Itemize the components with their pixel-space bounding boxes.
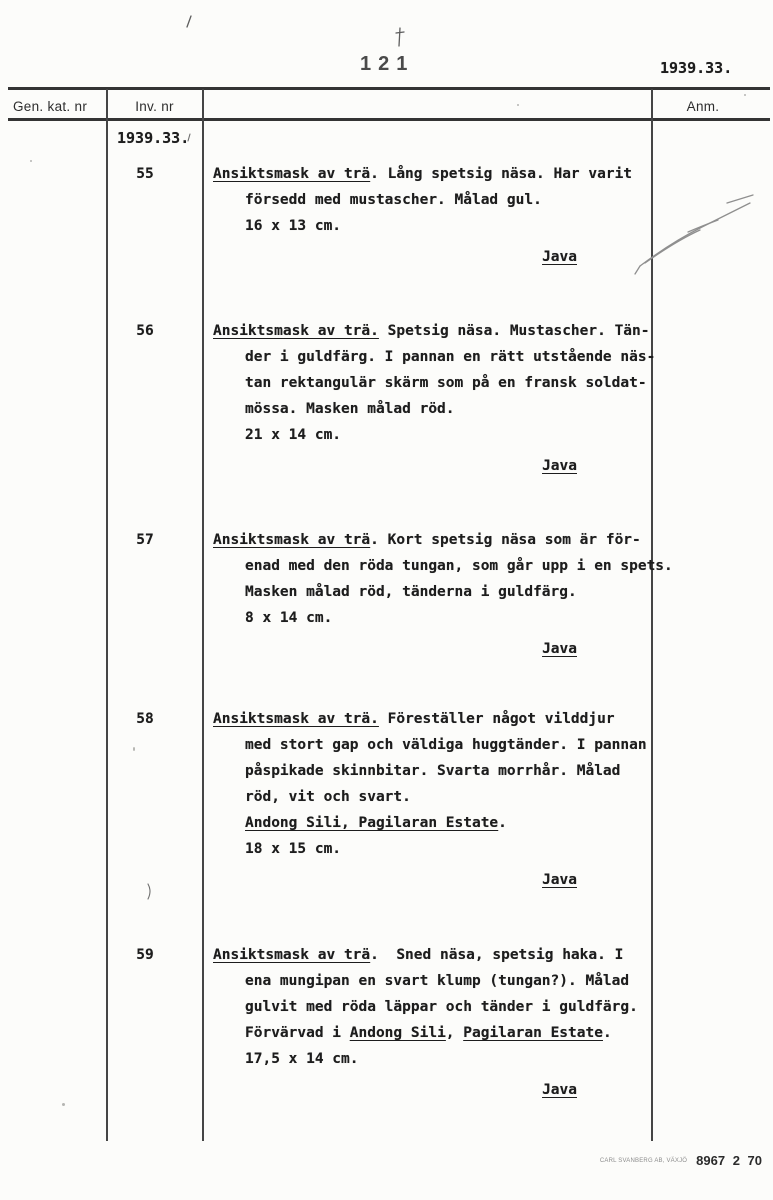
scan-speck bbox=[517, 104, 519, 106]
entry-text-line: ena mungipan en svart klump (tungan?). M… bbox=[213, 968, 675, 994]
entry-text-line: Ansiktsmask av trä. Spetsig näsa. Mustas… bbox=[213, 318, 675, 344]
scan-speck bbox=[62, 1103, 65, 1106]
catalog-entry-58: 58Ansiktsmask av trä. Föreställer något … bbox=[213, 706, 675, 893]
entry-text-line: Ansiktsmask av trä. Kort spetsig näsa so… bbox=[213, 527, 675, 553]
entry-text-line: 18 x 15 cm. bbox=[213, 836, 675, 862]
catalog-entry-56: 56Ansiktsmask av trä. Spetsig näsa. Must… bbox=[213, 318, 675, 479]
entry-text-line: mössa. Masken målad röd. bbox=[213, 396, 675, 422]
entry-text-line: Ansiktsmask av trä. Föreställer något vi… bbox=[213, 706, 675, 732]
catalog-page: 121 1939.33. Gen. kat. nr Inv. nr Anm. 1… bbox=[0, 0, 773, 1200]
inventory-number: 56 bbox=[107, 318, 183, 344]
scan-speck bbox=[744, 94, 746, 96]
entry-text-line: gulvit med röda läppar och tänder i guld… bbox=[213, 994, 675, 1020]
catalog-entry-59: 59Ansiktsmask av trä. Sned näsa, spetsig… bbox=[213, 942, 675, 1103]
entry-text-line: försedd med mustascher. Målad gul. bbox=[213, 187, 675, 213]
entry-description: Ansiktsmask av trä. Lång spetsig näsa. H… bbox=[213, 161, 675, 270]
scan-speck bbox=[133, 747, 135, 751]
entry-text-line: Ansiktsmask av trä. Lång spetsig näsa. H… bbox=[213, 161, 675, 187]
printer-name: CARL SVANBERG AB, VÄXJÖ bbox=[600, 1158, 687, 1164]
entry-description: Ansiktsmask av trä. Kort spetsig näsa so… bbox=[213, 527, 675, 662]
print-code: 8967 2 70 bbox=[696, 1153, 762, 1168]
origin-line: Java bbox=[213, 1077, 577, 1103]
origin-label: Java bbox=[542, 249, 577, 265]
origin-line: Java bbox=[213, 453, 577, 479]
print-footer: CARL SVANBERG AB, VÄXJÖ 8967 2 70 bbox=[590, 1153, 762, 1168]
entry-text-line: 17,5 x 14 cm. bbox=[213, 1046, 675, 1072]
entry-text-line: med stort gap och väldiga huggtänder. I … bbox=[213, 732, 675, 758]
origin-label: Java bbox=[542, 641, 577, 657]
catalog-entries: 55Ansiktsmask av trä. Lång spetsig näsa.… bbox=[0, 0, 773, 1200]
inventory-number: 59 bbox=[107, 942, 183, 968]
entry-text-line: Masken målad röd, tänderna i guldfärg. bbox=[213, 579, 675, 605]
entry-text-line: 16 x 13 cm. bbox=[213, 213, 675, 239]
inventory-number: 58 bbox=[107, 706, 183, 732]
entry-description: Ansiktsmask av trä. Föreställer något vi… bbox=[213, 706, 675, 893]
catalog-entry-55: 55Ansiktsmask av trä. Lång spetsig näsa.… bbox=[213, 161, 675, 270]
origin-label: Java bbox=[542, 872, 577, 888]
inventory-number: 57 bbox=[107, 527, 183, 553]
entry-description: Ansiktsmask av trä. Sned näsa, spetsig h… bbox=[213, 942, 675, 1103]
entry-text-line: 21 x 14 cm. bbox=[213, 422, 675, 448]
entry-text-line: Förvärvad i Andong Sili, Pagilaran Estat… bbox=[213, 1020, 675, 1046]
entry-text-line: Ansiktsmask av trä. Sned näsa, spetsig h… bbox=[213, 942, 675, 968]
origin-line: Java bbox=[213, 244, 577, 270]
origin-line: Java bbox=[213, 636, 577, 662]
entry-text-line: 8 x 14 cm. bbox=[213, 605, 675, 631]
entry-text-line: enad med den röda tungan, som går upp i … bbox=[213, 553, 675, 579]
entry-text-line: påspikade skinnbitar. Svarta morrhår. Må… bbox=[213, 758, 675, 784]
origin-line: Java bbox=[213, 867, 577, 893]
inventory-number: 55 bbox=[107, 161, 183, 187]
entry-text-line: röd, vit och svart. bbox=[213, 784, 675, 810]
origin-label: Java bbox=[542, 1082, 577, 1098]
entry-text-line: tan rektangulär skärm som på en fransk s… bbox=[213, 370, 675, 396]
origin-label: Java bbox=[542, 458, 577, 474]
scan-speck bbox=[30, 160, 32, 162]
entry-text-line: der i guldfärg. I pannan en rätt utståen… bbox=[213, 344, 675, 370]
entry-text-line: Andong Sili, Pagilaran Estate. bbox=[213, 810, 675, 836]
catalog-entry-57: 57Ansiktsmask av trä. Kort spetsig näsa … bbox=[213, 527, 675, 662]
entry-description: Ansiktsmask av trä. Spetsig näsa. Mustas… bbox=[213, 318, 675, 479]
